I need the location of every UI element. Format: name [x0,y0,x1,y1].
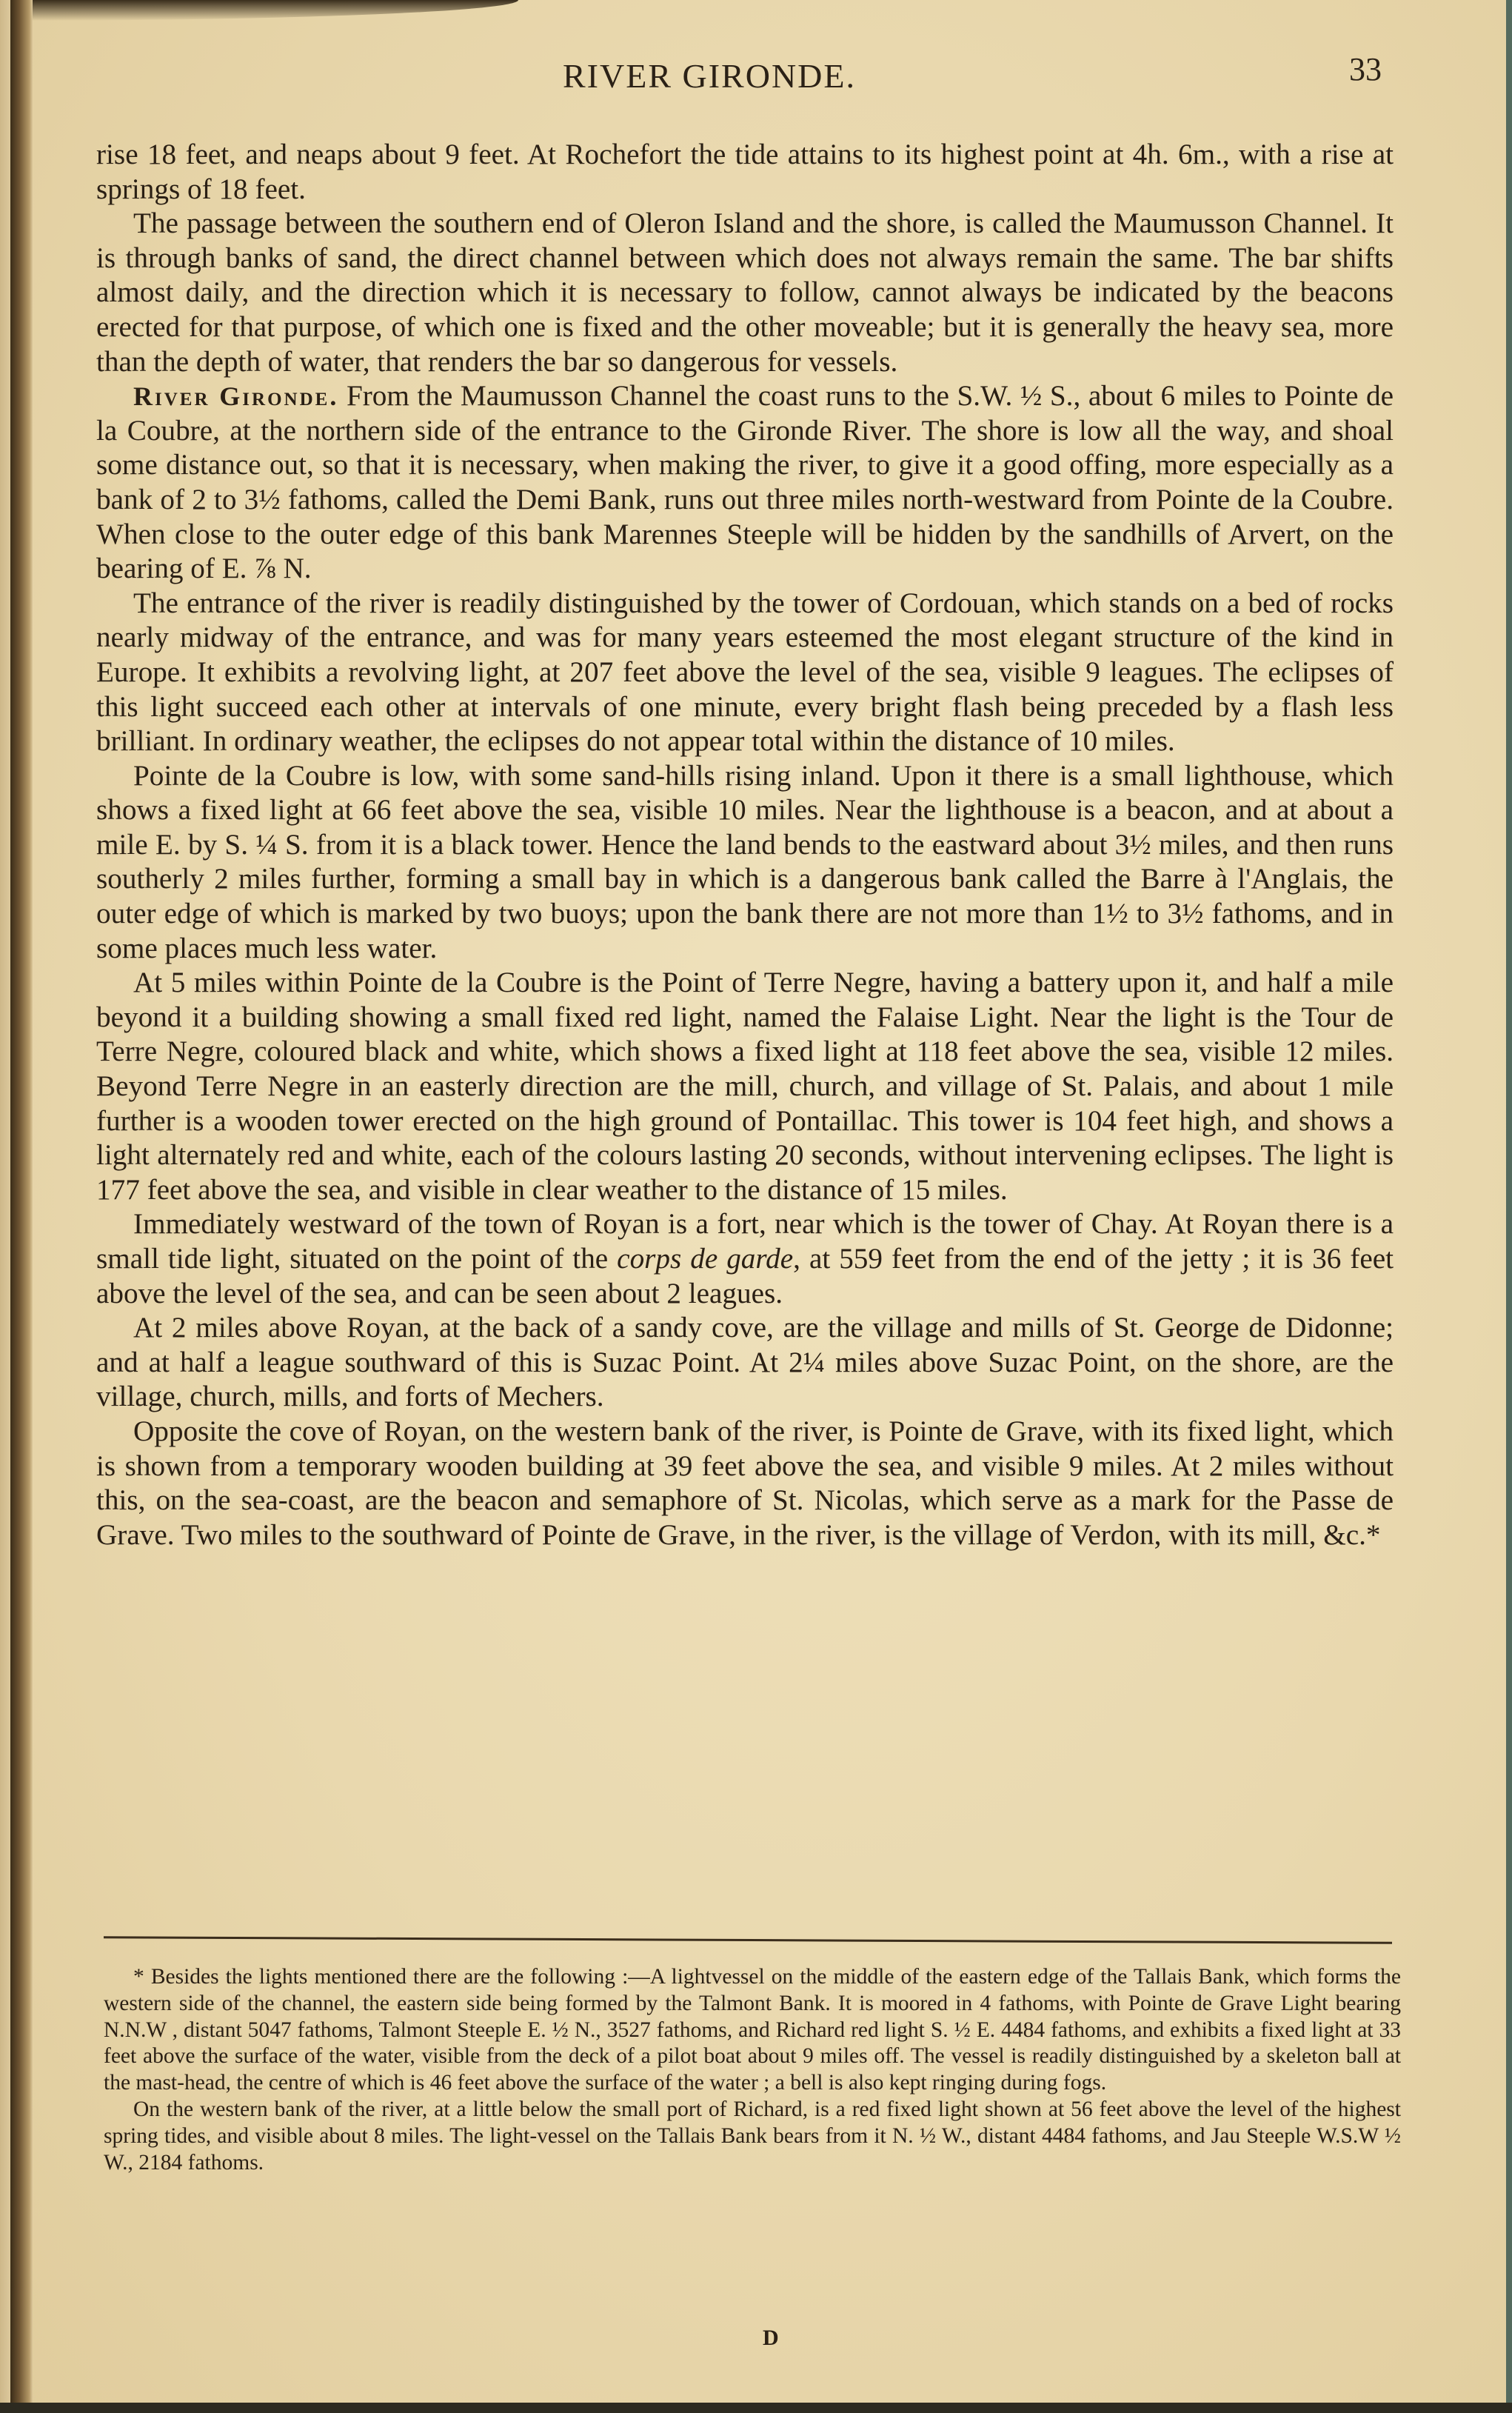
paragraph-section-river-gironde: River Gironde. From the Maumusson Channe… [96,379,1394,587]
footnote-paragraph: * Besides the lights mentioned there are… [104,1964,1401,2097]
paragraph-royan: Immediately westward of the town of Roya… [96,1207,1394,1311]
running-title: RIVER GIRONDE. [563,56,856,96]
paragraph-cordouan: The entrance of the river is readily dis… [96,587,1394,759]
main-text: rise 18 feet, and neaps about 9 feet. At… [96,138,1394,1552]
facing-page-edge [0,0,10,2413]
page-curl-shadow [0,0,518,21]
page-number: 33 [1349,50,1382,88]
signature-mark: D [763,2326,779,2351]
paragraph-st-george: At 2 miles above Royan, at the back of a… [96,1311,1394,1415]
royan-italic: corps de garde [617,1243,793,1275]
paragraph-maumusson: The passage between the southern end of … [96,207,1394,379]
page-right-edge [1506,0,1512,2413]
paragraph-continuation: rise 18 feet, and neaps about 9 feet. At… [96,138,1394,207]
section-heading: River Gironde. [133,381,338,411]
paragraph-pointe-de-la-coubre: Pointe de la Coubre is low, with some sa… [96,759,1394,967]
binding-gutter [10,0,33,2413]
paragraph-pointe-de-grave: Opposite the cove of Royan, on the weste… [96,1415,1394,1552]
footnote-divider [104,1936,1392,1944]
page-bottom-edge [0,2403,1512,2413]
footnote: * Besides the lights mentioned there are… [104,1964,1401,2176]
running-head: RIVER GIRONDE. 33 [0,46,1512,105]
footnote-paragraph: On the western bank of the river, at a l… [104,2097,1401,2176]
paragraph-terre-negre: At 5 miles within Pointe de la Coubre is… [96,966,1394,1207]
book-page: RIVER GIRONDE. 33 rise 18 feet, and neap… [0,0,1512,2413]
